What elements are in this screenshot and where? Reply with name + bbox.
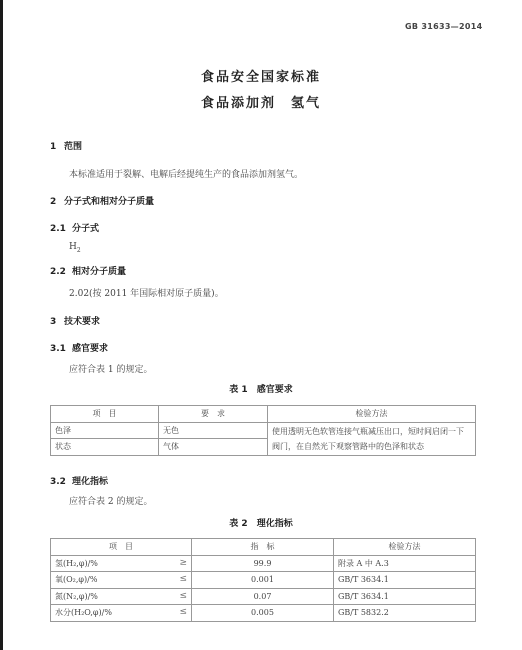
section-3-heading: 3技术要求: [50, 314, 100, 327]
section-title: 理化指标: [72, 477, 108, 487]
cell-item: 状态: [51, 439, 159, 456]
cell-method: 附录 A 中 A.3: [334, 555, 476, 572]
cell-item: 水分(H₂O,φ)/%≤: [51, 605, 192, 622]
cell-requirement: 无色: [159, 422, 268, 439]
section-title: 分子式和相对分子质量: [64, 197, 154, 207]
comparison-operator: ≥: [179, 558, 187, 568]
section-3-1-text: 应符合表 1 的规定。: [69, 362, 152, 375]
section-1-text: 本标准适用于裂解、电解后经提纯生产的食品添加剂氢气。: [69, 167, 303, 180]
table-row: 氮(N₂,φ)/%≤ 0.07 GB/T 3634.1: [51, 588, 476, 605]
physicochemical-indicators-table: 项 目 指 标 检验方法 氢(H₂,φ)/%≥ 99.9 附录 A 中 A.3 …: [50, 538, 476, 622]
cell-method: GB/T 5832.2: [334, 605, 476, 622]
section-2-2-heading: 2.2相对分子质量: [50, 264, 126, 277]
table-2-caption: 表 2 理化指标: [0, 516, 522, 529]
sensory-requirements-table: 项 目 要 求 检验方法 色泽 无色 使用透明无色软管连接气瓶减压出口，短时间启…: [50, 405, 476, 456]
cell-value: 99.9: [192, 555, 334, 572]
section-number: 3.1: [50, 344, 72, 354]
table-row: 氢(H₂,φ)/%≥ 99.9 附录 A 中 A.3: [51, 555, 476, 572]
cell-method: GB/T 3634.1: [334, 572, 476, 589]
cell-value: 0.005: [192, 605, 334, 622]
cell-method: 使用透明无色软管连接气瓶减压出口，短时间启闭一下阀门，在自然光下观察管路中的色泽…: [268, 422, 476, 455]
column-header-indicator: 指 标: [192, 539, 334, 556]
section-number: 3: [50, 317, 64, 327]
section-title: 相对分子质量: [72, 267, 126, 277]
section-number: 1: [50, 142, 64, 152]
formula-base: H: [69, 242, 77, 252]
cell-value: 0.001: [192, 572, 334, 589]
table-1-caption: 表 1 感官要求: [0, 382, 522, 395]
comparison-operator: ≤: [179, 574, 187, 584]
cell-item: 色泽: [51, 422, 159, 439]
cell-item: 氧(O₂,φ)/%≤: [51, 572, 192, 589]
column-header-method: 检验方法: [268, 406, 476, 423]
section-number: 2: [50, 197, 64, 207]
item-label: 氢(H₂,φ)/%: [55, 559, 98, 568]
table-row: 水分(H₂O,φ)/%≤ 0.005 GB/T 5832.2: [51, 605, 476, 622]
table-header-row: 项 目 指 标 检验方法: [51, 539, 476, 556]
cell-method: GB/T 3634.1: [334, 588, 476, 605]
section-title: 分子式: [72, 224, 99, 234]
section-1-heading: 1范围: [50, 139, 82, 152]
section-2-heading: 2分子式和相对分子质量: [50, 194, 154, 207]
cell-requirement: 气体: [159, 439, 268, 456]
item-label: 水分(H₂O,φ)/%: [55, 608, 112, 617]
column-header-method: 检验方法: [334, 539, 476, 556]
section-title: 范围: [64, 142, 82, 152]
table-row: 氧(O₂,φ)/%≤ 0.001 GB/T 3634.1: [51, 572, 476, 589]
section-2-1-heading: 2.1分子式: [50, 221, 99, 234]
document-subtitle: 食品添加剂 氢气: [0, 92, 522, 111]
standard-number: GB 31633—2014: [405, 22, 482, 31]
table-header-row: 项 目 要 求 检验方法: [51, 406, 476, 423]
molecular-mass-text: 2.02(按 2011 年国际相对原子质量)。: [69, 286, 224, 299]
column-header-item: 项 目: [51, 406, 159, 423]
section-number: 2.1: [50, 224, 72, 234]
molecular-formula: H2: [69, 242, 81, 254]
cell-value: 0.07: [192, 588, 334, 605]
comparison-operator: ≤: [179, 591, 187, 601]
document-title: 食品安全国家标准: [0, 66, 522, 85]
comparison-operator: ≤: [179, 607, 187, 617]
item-label: 氧(O₂,φ)/%: [55, 575, 97, 584]
section-3-1-heading: 3.1感官要求: [50, 341, 108, 354]
section-3-2-text: 应符合表 2 的规定。: [69, 494, 152, 507]
formula-subscript: 2: [77, 247, 81, 254]
section-number: 2.2: [50, 267, 72, 277]
cell-item: 氢(H₂,φ)/%≥: [51, 555, 192, 572]
table-row: 色泽 无色 使用透明无色软管连接气瓶减压出口，短时间启闭一下阀门，在自然光下观察…: [51, 422, 476, 439]
item-label: 氮(N₂,φ)/%: [55, 592, 98, 601]
section-title: 技术要求: [64, 317, 100, 327]
column-header-requirement: 要 求: [159, 406, 268, 423]
section-title: 感官要求: [72, 344, 108, 354]
section-3-2-heading: 3.2理化指标: [50, 474, 108, 487]
column-header-item: 项 目: [51, 539, 192, 556]
section-number: 3.2: [50, 477, 72, 487]
cell-item: 氮(N₂,φ)/%≤: [51, 588, 192, 605]
